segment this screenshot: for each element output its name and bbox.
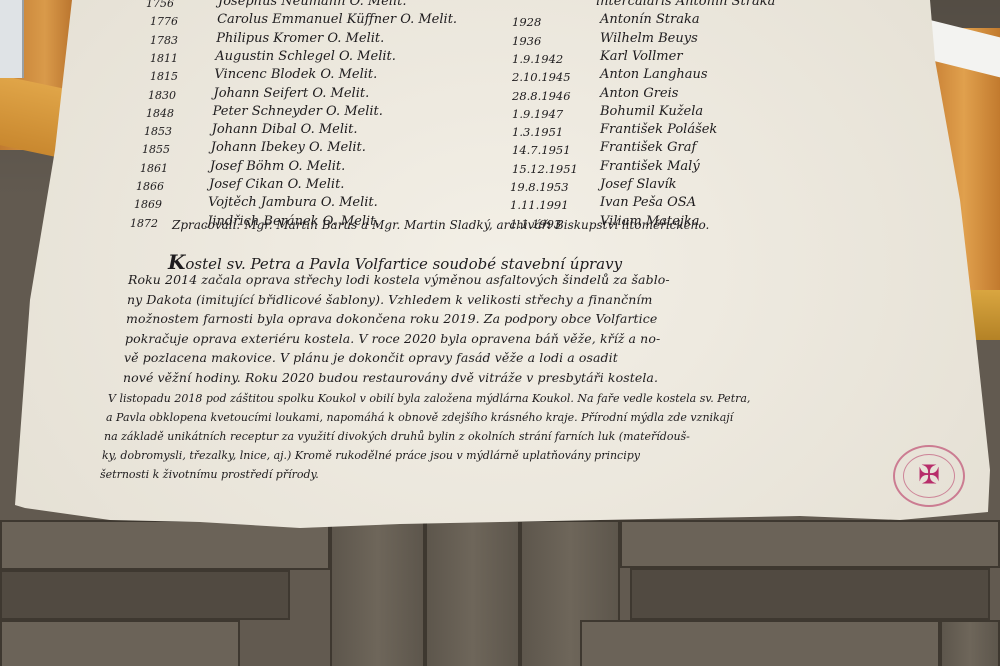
paragraph-line: nové věžní hodiny. Roku 2020 budou resta… <box>123 370 658 385</box>
list-item-year: 1861 <box>140 162 168 175</box>
list-item-year: 1848 <box>146 107 174 120</box>
list-item-name: Vincenc Blodek O. Melit. <box>214 67 377 82</box>
list-item-year: 1756 <box>146 0 174 10</box>
list-item-name: Karl Vollmer <box>600 49 683 64</box>
floor-plank <box>940 620 1000 666</box>
list-item-date: 1.3.1951 <box>512 125 563 139</box>
list-item-year: 1869 <box>134 198 162 211</box>
list-item-year: 1866 <box>136 180 164 193</box>
list-item-date: 2.10.1945 <box>512 70 571 84</box>
paragraph-line: možnostem farnosti byla oprava dokončena… <box>126 311 657 326</box>
floor-plank <box>425 520 520 666</box>
floor-plank <box>580 620 940 666</box>
paragraph-line: a Pavla obklopena kvetoucími loukami, na… <box>106 411 733 424</box>
list-item-name: Philipus Kromer O. Melit. <box>216 31 384 46</box>
list-item-name: František Polášek <box>600 122 717 137</box>
list-item-name: Antonín Straka <box>600 12 700 27</box>
list-item-date: 28.8.1946 <box>512 89 571 103</box>
floor-plank <box>0 620 240 666</box>
floor-plank <box>630 568 990 620</box>
paragraph-line: šetrnosti k životnímu prostředí přírody. <box>100 468 319 481</box>
list-item-name: Johann Seifert O. Melit. <box>214 86 370 101</box>
list-item-name: Johann Ibekey O. Melit. <box>211 140 366 155</box>
section-heading: Kostel sv. Petra a Pavla Volfartice soud… <box>168 250 622 274</box>
list-item-name: Johann Dibal O. Melit. <box>212 122 358 137</box>
list-item-date: 19.8.1953 <box>510 180 569 194</box>
list-item-year: 1853 <box>144 125 172 138</box>
paragraph-line: V listopadu 2018 pod záštitou spolku Kou… <box>108 392 750 405</box>
paragraph-line: ny Dakota (imitující břidlicové šablony)… <box>127 292 652 307</box>
list-item-name: intercalaris Antonín Straka <box>596 0 775 9</box>
paragraph-line: pokračuje oprava exteriéru kostela. V ro… <box>125 331 660 346</box>
list-item-date: 1928 <box>512 15 541 29</box>
list-item-year: 1811 <box>150 52 178 65</box>
floor-plank <box>0 520 330 570</box>
list-item-name: Josef Cikan O. Melit. <box>209 177 344 192</box>
maltese-cross-icon: ✠ <box>918 462 940 488</box>
paragraph-line: na základě unikátních receptur za využit… <box>104 430 690 443</box>
paragraph-line: vě pozlacena makovice. V plánu je dokonč… <box>124 350 618 365</box>
list-item-name: Josef Slavík <box>600 177 677 192</box>
list-item-name: Augustin Schlegel O. Melit. <box>215 49 396 64</box>
credit-line: Zpracovali: Mgr. Martin Barus a Mgr. Mar… <box>172 218 709 232</box>
white-panel <box>0 0 24 78</box>
list-item-name: Peter Schneyder O. Melit. <box>213 104 383 119</box>
list-item-name: Josephus Neumann O. Melit. <box>218 0 407 9</box>
list-item-year: 1830 <box>148 89 176 102</box>
list-item-year: 1855 <box>142 143 170 156</box>
list-item-name: František Malý <box>600 159 700 174</box>
list-item-year: 1872 <box>130 217 158 230</box>
paragraph-line: ky, dobromysli, třezalky, lnice, aj.) Kr… <box>102 449 640 462</box>
list-item-year: 1783 <box>150 34 178 47</box>
paragraph-line: Roku 2014 začala oprava střechy lodi kos… <box>128 272 670 287</box>
heading-text: ostel sv. Petra a Pavla Volfartice soudo… <box>185 255 622 273</box>
heading-initial: K <box>168 250 185 274</box>
list-item-name: Anton Langhaus <box>600 67 708 82</box>
list-item-name: Wilhelm Beuys <box>600 31 698 46</box>
list-item-date: 1936 <box>512 34 541 48</box>
list-item-name: Vojtěch Jambura O. Melit. <box>208 195 378 210</box>
list-item-date: 1.9.1942 <box>512 52 563 66</box>
maltese-cross-stamp: ✠ <box>893 445 965 507</box>
list-item-year: 1776 <box>150 15 178 28</box>
list-item-name: Josef Böhm O. Melit. <box>210 159 345 174</box>
list-item-date: 15.12.1951 <box>512 162 578 176</box>
list-item-date: 1.11.1991 <box>510 198 569 212</box>
list-item-name: Carolus Emmanuel Küffner O. Melit. <box>217 12 457 27</box>
list-item-name: Ivan Peša OSA <box>600 195 696 210</box>
list-item-name: František Graf <box>600 140 696 155</box>
list-item-date: 1.9.1947 <box>512 107 563 121</box>
list-item-name: Bohumil Kužela <box>600 104 703 119</box>
list-item-date: 14.7.1951 <box>512 143 571 157</box>
floor-plank <box>330 520 425 666</box>
floor-plank <box>620 520 1000 568</box>
floor-plank <box>0 570 290 620</box>
list-item-name: Anton Greis <box>600 86 678 101</box>
wooden-frame-left-bar <box>0 75 65 159</box>
list-item-year: 1815 <box>150 70 178 83</box>
